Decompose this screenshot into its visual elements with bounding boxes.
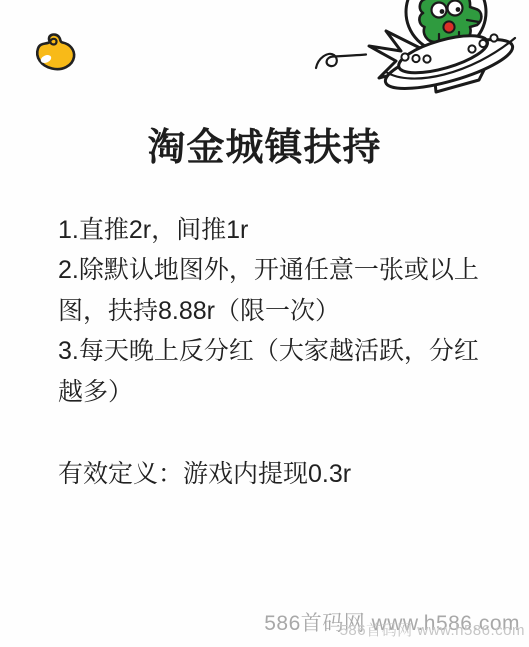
watermark-primary: 586首码网 www.h586.com [264, 607, 520, 637]
rule-line-2a: 2.除默认地图外，开通任意一张或以上 [58, 250, 479, 290]
rule-line-1: 1.直推2r，间推1r [58, 210, 248, 250]
squiggle-trail-icon [316, 54, 366, 68]
poster: 淘金城镇扶持 1.直推2r，间推1r 2.除默认地图外，开通任意一张或以上 图，… [0, 0, 529, 647]
dino-eye-right [448, 1, 463, 16]
porthole-icon [479, 40, 486, 47]
dino-ufo-icon [312, 0, 522, 106]
rule-line-3a: 3.每天晚上反分红（大家越活跃，分红 [58, 331, 479, 371]
porthole-icon [401, 53, 408, 60]
dino-nose-dot [443, 21, 454, 32]
rule-line-2b: 图，扶持8.88r（限一次） [58, 291, 340, 331]
watermark-secondary: 586首码网 www.h586.com [340, 619, 525, 640]
dino-pupil-left [440, 9, 445, 14]
validity-note: 有效定义：游戏内提现0.3r [58, 454, 351, 494]
dino-pupil-right [456, 7, 461, 12]
porthole-icon [468, 45, 475, 52]
page-title: 淘金城镇扶持 [0, 116, 529, 171]
dino-eye-left [432, 3, 447, 18]
rule-line-3b: 越多） [58, 372, 133, 412]
porthole-icon [490, 34, 497, 41]
porthole-icon [412, 55, 419, 62]
gold-nugget-icon [31, 31, 79, 75]
porthole-icon [423, 55, 430, 62]
